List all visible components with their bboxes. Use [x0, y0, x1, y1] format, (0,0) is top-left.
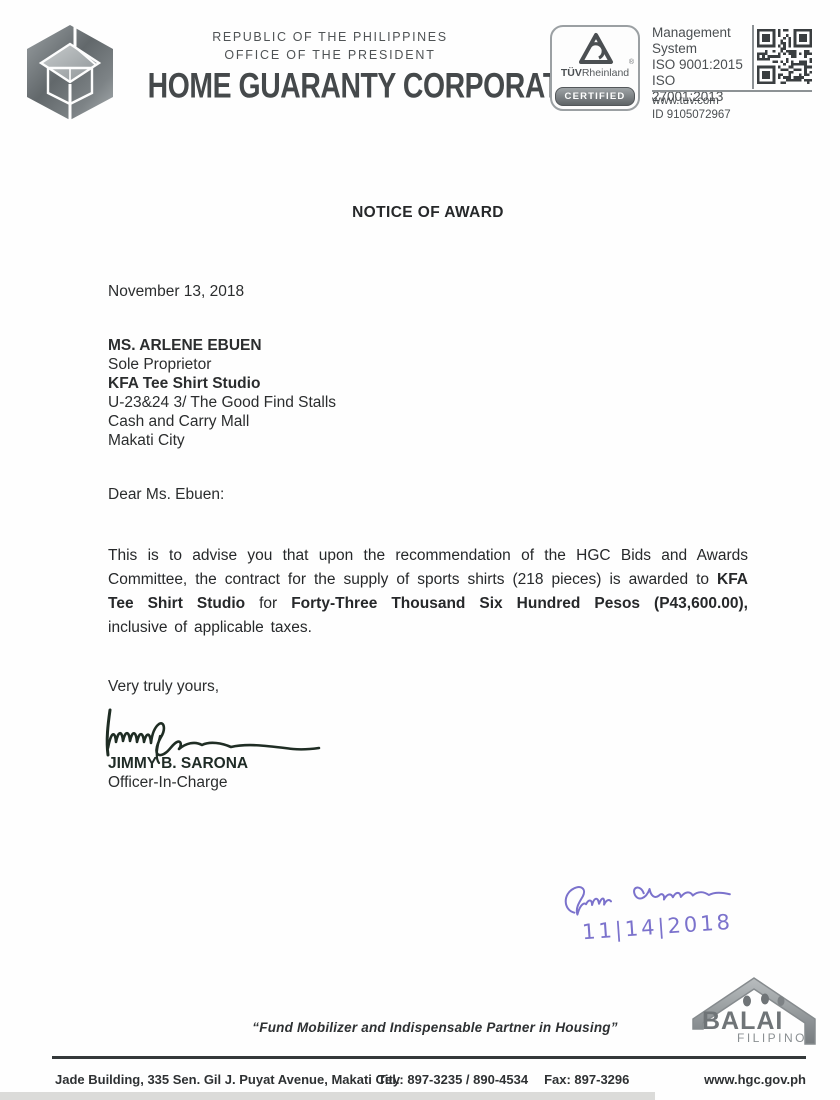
tuv-vertical-divider — [752, 25, 754, 89]
mgmt-line-1: Management — [652, 25, 750, 41]
footer-rule — [52, 1056, 806, 1059]
balai-subname-text: FILIPINO — [737, 1031, 807, 1045]
tuv-contact-block: www.tuv.com ID 9105072967 — [652, 94, 731, 122]
footer-website: www.hgc.gov.ph — [704, 1072, 806, 1087]
footer-fax: Fax: 897-3296 — [544, 1072, 629, 1087]
qr-code-icon — [757, 29, 812, 84]
letter-title: NOTICE OF AWARD — [0, 204, 840, 222]
recipient-block: MS. ARLENE EBUEN Sole Proprietor KFA Tee… — [108, 336, 336, 450]
salutation: Dear Ms. Ebuen: — [108, 486, 224, 504]
tuv-brand-rest: Rheinland — [582, 67, 629, 79]
footer-tagline: “Fund Mobilizer and Indispensable Partne… — [130, 1020, 740, 1035]
recipient-address-1: U-23&24 3/ The Good Find Stalls — [108, 393, 336, 412]
recipient-address-2: Cash and Carry Mall — [108, 412, 336, 431]
footer-address: Jade Building, 335 Sen. Gil J. Puyat Ave… — [55, 1072, 400, 1087]
tuv-rheinland-certified-badge: ® TÜVRheinland CERTIFIED — [550, 25, 640, 111]
tuv-cert-id: ID 9105072967 — [652, 108, 731, 122]
tuv-brand-bold: TÜV — [561, 67, 582, 79]
tuv-registered-mark: ® — [629, 59, 634, 66]
republic-line: REPUBLIC OF THE PHILIPPINES — [118, 30, 542, 44]
body-paragraph: This is to advise you that upon the reco… — [108, 544, 748, 640]
body-text-2: for — [245, 595, 291, 612]
org-name: HOME GUARANTY CORPORATION — [148, 65, 513, 106]
footer-tel: Tel.: 897-3235 / 890-4534 — [378, 1072, 528, 1087]
recipient-name: MS. ARLENE EBUEN — [108, 336, 336, 355]
tuv-website: www.tuv.com — [652, 94, 731, 108]
management-system-block: Management System ISO 9001:2015 ISO 2700… — [652, 25, 750, 105]
closing-line: Very truly yours, — [108, 678, 219, 696]
mgmt-line-3: ISO 9001:2015 — [652, 57, 750, 73]
body-bold-amount: Forty-Three Thousand Six Hundred Pesos (… — [291, 595, 748, 612]
hgc-hexagon-house-logo-icon — [18, 22, 122, 122]
mgmt-line-2: System — [652, 41, 750, 57]
letter-date: November 13, 2018 — [108, 283, 244, 301]
body-text-3: inclusive of applicable taxes. — [108, 619, 312, 636]
recipient-address-3: Makati City — [108, 431, 336, 450]
balai-filipino-logo: BALAI FILIPINO — [690, 970, 818, 1048]
certified-label: CERTIFIED — [555, 87, 635, 106]
tuv-triangle-icon — [578, 32, 614, 66]
scanned-letter-page: REPUBLIC OF THE PHILIPPINES OFFICE OF TH… — [0, 0, 840, 1100]
signer-name: JIMMY B. SARONA — [108, 755, 248, 773]
letterhead-center: REPUBLIC OF THE PHILIPPINES OFFICE OF TH… — [118, 30, 542, 103]
signer-title: Officer-In-Charge — [108, 774, 227, 792]
scan-edge-artifact — [0, 1092, 655, 1100]
office-line: OFFICE OF THE PRESIDENT — [118, 48, 542, 62]
recipient-role: Sole Proprietor — [108, 355, 336, 374]
recipient-company: KFA Tee Shirt Studio — [108, 374, 336, 393]
body-text-1: This is to advise you that upon the reco… — [108, 547, 748, 588]
tuv-brand-label: TÜVRheinland — [552, 67, 638, 79]
tuv-horizontal-divider — [652, 90, 812, 92]
footer-contacts: Tel.: 897-3235 / 890-4534Fax: 897-3296 — [378, 1072, 629, 1087]
